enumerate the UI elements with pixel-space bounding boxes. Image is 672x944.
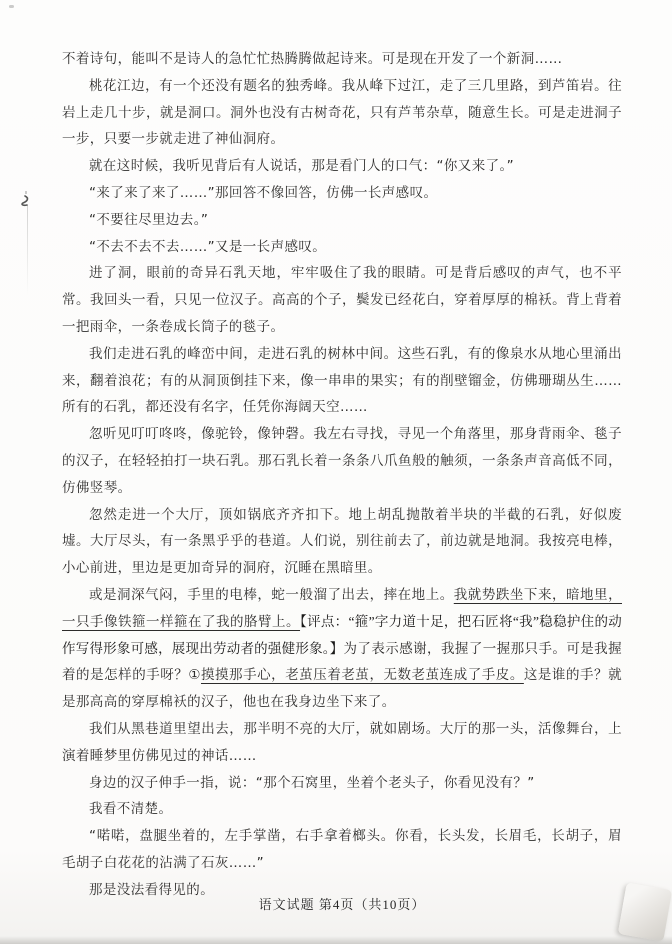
text-run: 我看不清楚。 bbox=[89, 801, 172, 817]
paragraph: 我们从黑巷道里望出去，那半明不亮的大厅，就如剧场。大厅的那一头，活像舞台，上演着… bbox=[62, 716, 622, 770]
paragraph: “不要往尽里边去。” bbox=[62, 207, 622, 234]
paragraph: 忽听见叮叮咚咚，像驼铃，像钟磬。我左右寻找，寻见一个角落里，那身背雨伞、毯子的汉… bbox=[62, 421, 622, 501]
paragraph: 身边的汉子伸手一指，说：“那个石窝里，坐着个老头子，你看见没有？” bbox=[62, 770, 622, 797]
paragraph: “来了来了来了……”那回答不像回答，仿佛一长声感叹。 bbox=[62, 180, 622, 207]
scanned-page: 不着诗句，能叫不是诗人的急忙忙热腾腾做起诗来。可是现在开发了一个新洞……桃花江边… bbox=[0, 0, 672, 944]
paragraph: 就在这时候，我听见背后有人说话，那是看门人的口气：“你又来了。” bbox=[62, 153, 622, 180]
paragraph: 我们走进石乳的峰峦中间，走进石乳的树林中间。这些石乳，有的像泉水从地心里涌出来，… bbox=[62, 341, 622, 421]
paragraph: 忽然走进一个大厅，顶如锅底齐齐扣下。地上胡乱抛散着半块的半截的石乳，好似废墟。大… bbox=[62, 502, 622, 582]
text-run: 就在这时候，我听见背后有人说话，那是看门人的口气：“你又来了。” bbox=[89, 158, 514, 174]
document-body: 不着诗句，能叫不是诗人的急忙忙热腾腾做起诗来。可是现在开发了一个新洞……桃花江边… bbox=[62, 46, 622, 904]
paragraph: “喏喏，盘腿坐着的，左手掌凿，右手拿着榔头。你看，长头发，长眉毛，长胡子，眉毛胡… bbox=[62, 823, 622, 877]
paragraph: 或是洞深气闷，手里的电棒，蛇一般溜了出去，摔在地上。我就势跌坐下来，暗地里，一只… bbox=[62, 582, 622, 716]
text-run: 桃花江边，有一个还没有题名的独秀峰。我从峰下过江，走了三几里路，到芦笛岩。往岩上… bbox=[62, 78, 622, 148]
text-run: 不着诗句，能叫不是诗人的急忙忙热腾腾做起诗来。可是现在开发了一个新洞…… bbox=[62, 51, 562, 67]
text-run: “不要往尽里边去。” bbox=[89, 212, 208, 228]
paragraph: 我看不清楚。 bbox=[62, 796, 622, 823]
page-footer: 语文试题 第4页（共10页） bbox=[62, 894, 622, 913]
paragraph: 桃花江边，有一个还没有题名的独秀峰。我从峰下过江，走了三几里路，到芦笛岩。往岩上… bbox=[62, 73, 622, 153]
text-run: 我们从黑巷道里望出去，那半明不亮的大厅，就如剧场。大厅的那一头，活像舞台，上演着… bbox=[62, 721, 622, 764]
page-corner-fold bbox=[618, 882, 672, 941]
paragraph: “不去不去不去……”又是一长声感叹。 bbox=[62, 234, 622, 261]
margin-scribble-mark bbox=[18, 190, 34, 228]
text-run: 忽听见叮叮咚咚，像驼铃，像钟磬。我左右寻找，寻见一个角落里，那身背雨伞、毯子的汉… bbox=[62, 426, 622, 496]
text-run: “来了来了来了……”那回答不像回答，仿佛一长声感叹。 bbox=[89, 185, 437, 201]
text-run: 身边的汉子伸手一指，说：“那个石窝里，坐着个老头子，你看见没有？” bbox=[89, 775, 535, 791]
text-run: “喏喏，盘腿坐着的，左手掌凿，右手拿着榔头。你看，长头发，长眉毛，长胡子，眉毛胡… bbox=[62, 828, 622, 871]
scribble-icon bbox=[18, 190, 34, 224]
text-run: 我们走进石乳的峰峦中间，走进石乳的树林中间。这些石乳，有的像泉水从地心里涌出来，… bbox=[62, 346, 622, 416]
text-run: “不去不去不去……”又是一长声感叹。 bbox=[89, 239, 326, 255]
paragraph: 不着诗句，能叫不是诗人的急忙忙热腾腾做起诗来。可是现在开发了一个新洞…… bbox=[62, 46, 622, 73]
text-run: 忽然走进一个大厅，顶如锅底齐齐扣下。地上胡乱抛散着半块的半截的石乳，好似废墟。大… bbox=[62, 507, 622, 577]
paragraph: 进了洞，眼前的奇异石乳天地，牢牢吸住了我的眼睛。可是背后感叹的声气，也不平常。我… bbox=[62, 260, 622, 340]
scan-streak bbox=[27, 205, 28, 295]
scan-edge-shadow bbox=[0, 936, 672, 944]
text-run: 或是洞深气闷，手里的电棒，蛇一般溜了出去，摔在地上。 bbox=[89, 587, 454, 603]
underlined-sentence: 摸摸那手心，老茧压着老茧，无数老茧连成了手皮。 bbox=[201, 667, 524, 683]
text-run: 进了洞，眼前的奇异石乳天地，牢牢吸住了我的眼睛。可是背后感叹的声气，也不平常。我… bbox=[62, 265, 622, 335]
scan-speck bbox=[9, 5, 14, 8]
